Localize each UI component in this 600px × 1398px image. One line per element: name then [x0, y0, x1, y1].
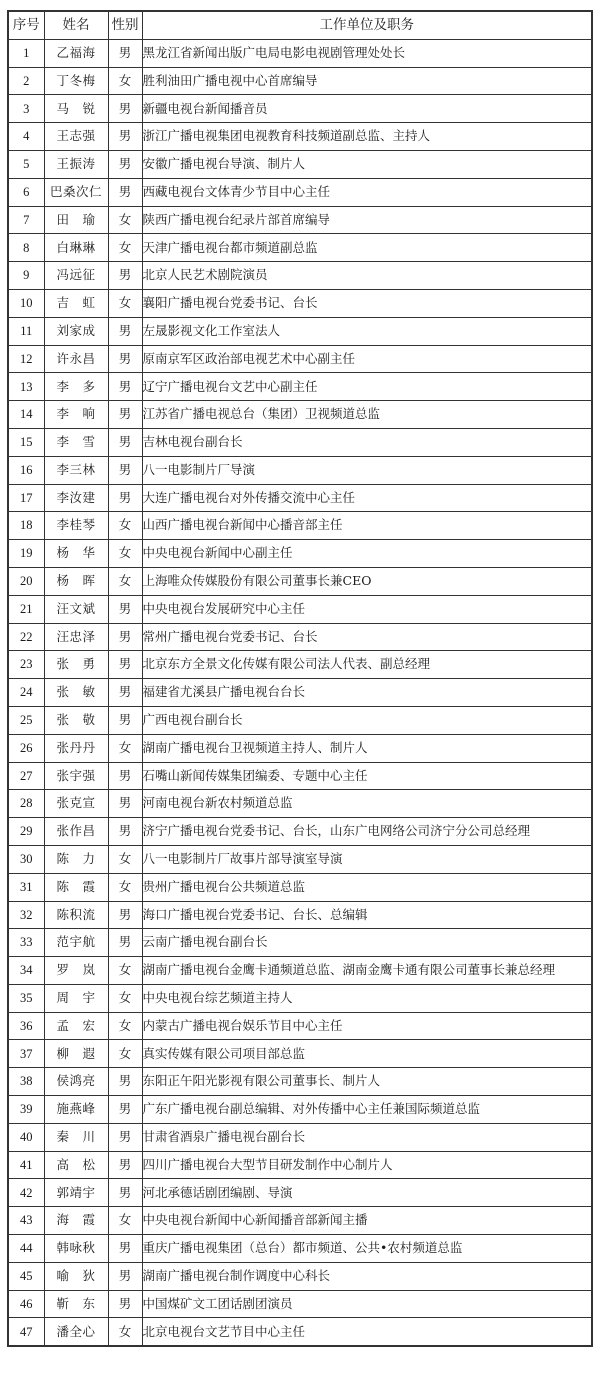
- table-row: 4王志强男浙江广播电视集团电视教育科技频道副总监、主持人: [8, 123, 592, 151]
- gender: 男: [108, 373, 142, 401]
- table-row: 25张 敬男广西电视台副台长: [8, 706, 592, 734]
- row-number: 38: [8, 1068, 44, 1096]
- person-name: 张丹丹: [44, 734, 108, 762]
- row-number: 36: [8, 1012, 44, 1040]
- organization-position: 西藏电视台文体青少节目中心主任: [142, 178, 592, 206]
- gender: 男: [108, 929, 142, 957]
- person-name: 巴桑次仁: [44, 178, 108, 206]
- row-number: 23: [8, 651, 44, 679]
- table-row: 28张克宣男河南电视台新农村频道总监: [8, 790, 592, 818]
- organization-position: 海口广播电视台党委书记、台长、总编辑: [142, 901, 592, 929]
- roster-table: 序号 姓名 性别 工作单位及职务 1乙福海男黑龙江省新闻出版广电局电影电视剧管理…: [7, 10, 593, 1347]
- table-row: 3马 锐男新疆电视台新闻播音员: [8, 95, 592, 123]
- gender: 男: [108, 1235, 142, 1263]
- gender: 女: [108, 540, 142, 568]
- row-number: 15: [8, 428, 44, 456]
- row-number: 19: [8, 540, 44, 568]
- organization-position: 石嘴山新闻传媒集团编委、专题中心主任: [142, 762, 592, 790]
- row-number: 43: [8, 1207, 44, 1235]
- gender: 男: [108, 790, 142, 818]
- table-row: 7田 瑜女陕西广播电视台纪录片部首席编导: [8, 206, 592, 234]
- table-row: 10吉 虹女襄阳广播电视台党委书记、台长: [8, 289, 592, 317]
- gender: 男: [108, 456, 142, 484]
- table-row: 14李 响男江苏省广播电视总台（集团）卫视频道总监: [8, 401, 592, 429]
- table-row: 44韩咏秋男重庆广播电视集团（总台）都市频道、公共•农村频道总监: [8, 1235, 592, 1263]
- gender: 女: [108, 206, 142, 234]
- row-number: 40: [8, 1123, 44, 1151]
- table-row: 6巴桑次仁男西藏电视台文体青少节目中心主任: [8, 178, 592, 206]
- row-number: 1: [8, 39, 44, 67]
- organization-position: 真实传媒有限公司项目部总监: [142, 1040, 592, 1068]
- gender: 男: [108, 1262, 142, 1290]
- row-number: 44: [8, 1235, 44, 1263]
- table-row: 11刘家成男左晟影视文化工作室法人: [8, 317, 592, 345]
- person-name: 高 松: [44, 1151, 108, 1179]
- gender: 男: [108, 123, 142, 151]
- row-number: 31: [8, 873, 44, 901]
- person-name: 汪忠泽: [44, 623, 108, 651]
- organization-position: 四川广播电视台大型节目研发制作中心制片人: [142, 1151, 592, 1179]
- person-name: 李 响: [44, 401, 108, 429]
- person-name: 吉 虹: [44, 289, 108, 317]
- organization-position: 陕西广播电视台纪录片部首席编导: [142, 206, 592, 234]
- gender: 女: [108, 1012, 142, 1040]
- row-number: 12: [8, 345, 44, 373]
- organization-position: 云南广播电视台副台长: [142, 929, 592, 957]
- gender: 女: [108, 845, 142, 873]
- organization-position: 八一电影制片厂故事片部导演室导演: [142, 845, 592, 873]
- organization-position: 济宁广播电视台党委书记、台长，山东广电网络公司济宁分公司总经理: [142, 818, 592, 846]
- table-row: 5王振涛男安徽广播电视台导演、制片人: [8, 150, 592, 178]
- organization-position: 胜利油田广播电视中心首席编导: [142, 67, 592, 95]
- gender: 女: [108, 957, 142, 985]
- table-row: 15李 雪男吉林电视台副台长: [8, 428, 592, 456]
- gender: 男: [108, 262, 142, 290]
- row-number: 5: [8, 150, 44, 178]
- gender: 男: [108, 1123, 142, 1151]
- row-number: 33: [8, 929, 44, 957]
- organization-position: 福建省尤溪县广播电视台台长: [142, 679, 592, 707]
- organization-position: 江苏省广播电视总台（集团）卫视频道总监: [142, 401, 592, 429]
- row-number: 18: [8, 512, 44, 540]
- table-row: 35周 宇女中央电视台综艺频道主持人: [8, 984, 592, 1012]
- table-row: 37柳 遐女真实传媒有限公司项目部总监: [8, 1040, 592, 1068]
- gender: 男: [108, 1068, 142, 1096]
- gender: 男: [108, 484, 142, 512]
- table-row: 27张宇强男石嘴山新闻传媒集团编委、专题中心主任: [8, 762, 592, 790]
- row-number: 47: [8, 1318, 44, 1346]
- person-name: 张克宣: [44, 790, 108, 818]
- gender: 男: [108, 595, 142, 623]
- gender: 男: [108, 623, 142, 651]
- organization-position: 中央电视台新闻中心副主任: [142, 540, 592, 568]
- person-name: 田 瑜: [44, 206, 108, 234]
- organization-position: 重庆广播电视集团（总台）都市频道、公共•农村频道总监: [142, 1235, 592, 1263]
- gender: 女: [108, 734, 142, 762]
- table-row: 31陈 霞女贵州广播电视台公共频道总监: [8, 873, 592, 901]
- gender: 女: [108, 1040, 142, 1068]
- table-body: 1乙福海男黑龙江省新闻出版广电局电影电视剧管理处处长2丁冬梅女胜利油田广播电视中…: [8, 39, 592, 1346]
- person-name: 张 敬: [44, 706, 108, 734]
- row-number: 16: [8, 456, 44, 484]
- organization-position: 天津广播电视台都市频道副总监: [142, 234, 592, 262]
- row-number: 22: [8, 623, 44, 651]
- table-row: 30陈 力女八一电影制片厂故事片部导演室导演: [8, 845, 592, 873]
- person-name: 孟 宏: [44, 1012, 108, 1040]
- person-name: 海 霞: [44, 1207, 108, 1235]
- header-org: 工作单位及职务: [142, 11, 592, 39]
- gender: 男: [108, 1096, 142, 1124]
- row-number: 32: [8, 901, 44, 929]
- organization-position: 左晟影视文化工作室法人: [142, 317, 592, 345]
- person-name: 杨 华: [44, 540, 108, 568]
- row-number: 28: [8, 790, 44, 818]
- header-no: 序号: [8, 11, 44, 39]
- person-name: 马 锐: [44, 95, 108, 123]
- organization-position: 浙江广播电视集团电视教育科技频道副总监、主持人: [142, 123, 592, 151]
- organization-position: 广西电视台副台长: [142, 706, 592, 734]
- gender: 男: [108, 762, 142, 790]
- person-name: 陈积流: [44, 901, 108, 929]
- table-row: 2丁冬梅女胜利油田广播电视中心首席编导: [8, 67, 592, 95]
- row-number: 2: [8, 67, 44, 95]
- person-name: 侯鸿亮: [44, 1068, 108, 1096]
- gender: 男: [108, 818, 142, 846]
- person-name: 范宇航: [44, 929, 108, 957]
- table-row: 33范宇航男云南广播电视台副台长: [8, 929, 592, 957]
- organization-position: 甘肃省酒泉广播电视台副台长: [142, 1123, 592, 1151]
- organization-position: 中国煤矿文工团话剧团演员: [142, 1290, 592, 1318]
- organization-position: 上海唯众传媒股份有限公司董事长兼CEO: [142, 567, 592, 595]
- organization-position: 中央电视台发展研究中心主任: [142, 595, 592, 623]
- row-number: 24: [8, 679, 44, 707]
- table-row: 16李三林男八一电影制片厂导演: [8, 456, 592, 484]
- table-row: 46靳 东男中国煤矿文工团话剧团演员: [8, 1290, 592, 1318]
- table-row: 12许永昌男原南京军区政治部电视艺术中心副主任: [8, 345, 592, 373]
- header-name: 姓名: [44, 11, 108, 39]
- table-row: 20杨 晖女上海唯众传媒股份有限公司董事长兼CEO: [8, 567, 592, 595]
- gender: 男: [108, 150, 142, 178]
- person-name: 潘全心: [44, 1318, 108, 1346]
- organization-position: 北京电视台文艺节目中心主任: [142, 1318, 592, 1346]
- person-name: 汪文斌: [44, 595, 108, 623]
- organization-position: 原南京军区政治部电视艺术中心副主任: [142, 345, 592, 373]
- gender: 男: [108, 679, 142, 707]
- organization-position: 湖南广播电视台卫视频道主持人、制片人: [142, 734, 592, 762]
- row-number: 21: [8, 595, 44, 623]
- organization-position: 内蒙古广播电视台娱乐节目中心主任: [142, 1012, 592, 1040]
- row-number: 13: [8, 373, 44, 401]
- row-number: 4: [8, 123, 44, 151]
- table-row: 24张 敏男福建省尤溪县广播电视台台长: [8, 679, 592, 707]
- table-row: 19杨 华女中央电视台新闻中心副主任: [8, 540, 592, 568]
- person-name: 张作昌: [44, 818, 108, 846]
- organization-position: 湖南广播电视台制作调度中心科长: [142, 1262, 592, 1290]
- table-row: 8白琳琳女天津广播电视台都市频道副总监: [8, 234, 592, 262]
- table-row: 21汪文斌男中央电视台发展研究中心主任: [8, 595, 592, 623]
- person-name: 周 宇: [44, 984, 108, 1012]
- person-name: 施燕峰: [44, 1096, 108, 1124]
- person-name: 陈 力: [44, 845, 108, 873]
- person-name: 刘家成: [44, 317, 108, 345]
- organization-position: 北京东方全景文化传媒有限公司法人代表、副总经理: [142, 651, 592, 679]
- table-row: 47潘全心女北京电视台文艺节目中心主任: [8, 1318, 592, 1346]
- row-number: 39: [8, 1096, 44, 1124]
- gender: 男: [108, 428, 142, 456]
- row-number: 10: [8, 289, 44, 317]
- gender: 女: [108, 234, 142, 262]
- gender: 男: [108, 1290, 142, 1318]
- person-name: 喻 狄: [44, 1262, 108, 1290]
- table-row: 40秦 川男甘肃省酒泉广播电视台副台长: [8, 1123, 592, 1151]
- gender: 女: [108, 67, 142, 95]
- gender: 男: [108, 706, 142, 734]
- person-name: 王振涛: [44, 150, 108, 178]
- row-number: 11: [8, 317, 44, 345]
- person-name: 张宇强: [44, 762, 108, 790]
- person-name: 郭靖宇: [44, 1179, 108, 1207]
- person-name: 白琳琳: [44, 234, 108, 262]
- organization-position: 湖南广播电视台金鹰卡通频道总监、湖南金鹰卡通有限公司董事长兼总经理: [142, 957, 592, 985]
- organization-position: 贵州广播电视台公共频道总监: [142, 873, 592, 901]
- person-name: 韩咏秋: [44, 1235, 108, 1263]
- gender: 女: [108, 512, 142, 540]
- person-name: 杨 晖: [44, 567, 108, 595]
- gender: 女: [108, 567, 142, 595]
- person-name: 靳 东: [44, 1290, 108, 1318]
- person-name: 罗 岚: [44, 957, 108, 985]
- gender: 男: [108, 651, 142, 679]
- organization-position: 北京人民艺术剧院演员: [142, 262, 592, 290]
- organization-position: 安徽广播电视台导演、制片人: [142, 150, 592, 178]
- person-name: 张 敏: [44, 679, 108, 707]
- person-name: 秦 川: [44, 1123, 108, 1151]
- person-name: 冯远征: [44, 262, 108, 290]
- row-number: 46: [8, 1290, 44, 1318]
- row-number: 45: [8, 1262, 44, 1290]
- row-number: 29: [8, 818, 44, 846]
- organization-position: 河南电视台新农村频道总监: [142, 790, 592, 818]
- organization-position: 广东广播电视台副总编辑、对外传播中心主任兼国际频道总监: [142, 1096, 592, 1124]
- organization-position: 大连广播电视台对外传播交流中心主任: [142, 484, 592, 512]
- gender: 男: [108, 95, 142, 123]
- header-row: 序号 姓名 性别 工作单位及职务: [8, 11, 592, 39]
- row-number: 17: [8, 484, 44, 512]
- table-row: 38侯鸿亮男东阳正午阳光影视有限公司董事长、制片人: [8, 1068, 592, 1096]
- organization-position: 中央电视台综艺频道主持人: [142, 984, 592, 1012]
- row-number: 37: [8, 1040, 44, 1068]
- table-row: 13李 多男辽宁广播电视台文艺中心副主任: [8, 373, 592, 401]
- row-number: 42: [8, 1179, 44, 1207]
- organization-position: 襄阳广播电视台党委书记、台长: [142, 289, 592, 317]
- organization-position: 东阳正午阳光影视有限公司董事长、制片人: [142, 1068, 592, 1096]
- row-number: 35: [8, 984, 44, 1012]
- table-row: 18李桂琴女山西广播电视台新闻中心播音部主任: [8, 512, 592, 540]
- person-name: 王志强: [44, 123, 108, 151]
- table-row: 42郭靖宇男河北承德话剧团编剧、导演: [8, 1179, 592, 1207]
- person-name: 丁冬梅: [44, 67, 108, 95]
- table-row: 23张 勇男北京东方全景文化传媒有限公司法人代表、副总经理: [8, 651, 592, 679]
- person-name: 许永昌: [44, 345, 108, 373]
- row-number: 41: [8, 1151, 44, 1179]
- row-number: 27: [8, 762, 44, 790]
- person-name: 李 多: [44, 373, 108, 401]
- table-row: 29张作昌男济宁广播电视台党委书记、台长，山东广电网络公司济宁分公司总经理: [8, 818, 592, 846]
- row-number: 6: [8, 178, 44, 206]
- row-number: 30: [8, 845, 44, 873]
- table-row: 22汪忠泽男常州广播电视台党委书记、台长: [8, 623, 592, 651]
- gender: 女: [108, 984, 142, 1012]
- person-name: 张 勇: [44, 651, 108, 679]
- row-number: 14: [8, 401, 44, 429]
- organization-position: 新疆电视台新闻播音员: [142, 95, 592, 123]
- gender: 男: [108, 345, 142, 373]
- table-row: 9冯远征男北京人民艺术剧院演员: [8, 262, 592, 290]
- gender: 男: [108, 1151, 142, 1179]
- organization-position: 八一电影制片厂导演: [142, 456, 592, 484]
- row-number: 9: [8, 262, 44, 290]
- table-row: 41高 松男四川广播电视台大型节目研发制作中心制片人: [8, 1151, 592, 1179]
- person-name: 李桂琴: [44, 512, 108, 540]
- gender: 男: [108, 178, 142, 206]
- organization-position: 辽宁广播电视台文艺中心副主任: [142, 373, 592, 401]
- person-name: 陈 霞: [44, 873, 108, 901]
- row-number: 8: [8, 234, 44, 262]
- gender: 男: [108, 317, 142, 345]
- header-gender: 性别: [108, 11, 142, 39]
- gender: 女: [108, 289, 142, 317]
- person-name: 李三林: [44, 456, 108, 484]
- organization-position: 黑龙江省新闻出版广电局电影电视剧管理处处长: [142, 39, 592, 67]
- gender: 男: [108, 901, 142, 929]
- row-number: 20: [8, 567, 44, 595]
- table-row: 1乙福海男黑龙江省新闻出版广电局电影电视剧管理处处长: [8, 39, 592, 67]
- table-row: 45喻 狄男湖南广播电视台制作调度中心科长: [8, 1262, 592, 1290]
- row-number: 26: [8, 734, 44, 762]
- gender: 男: [108, 401, 142, 429]
- organization-position: 常州广播电视台党委书记、台长: [142, 623, 592, 651]
- table-row: 39施燕峰男广东广播电视台副总编辑、对外传播中心主任兼国际频道总监: [8, 1096, 592, 1124]
- person-name: 乙福海: [44, 39, 108, 67]
- table-row: 26张丹丹女湖南广播电视台卫视频道主持人、制片人: [8, 734, 592, 762]
- row-number: 34: [8, 957, 44, 985]
- organization-position: 吉林电视台副台长: [142, 428, 592, 456]
- organization-position: 中央电视台新闻中心新闻播音部新闻主播: [142, 1207, 592, 1235]
- gender: 女: [108, 1318, 142, 1346]
- table-row: 36孟 宏女内蒙古广播电视台娱乐节目中心主任: [8, 1012, 592, 1040]
- row-number: 3: [8, 95, 44, 123]
- table-row: 32陈积流男海口广播电视台党委书记、台长、总编辑: [8, 901, 592, 929]
- row-number: 7: [8, 206, 44, 234]
- person-name: 柳 遐: [44, 1040, 108, 1068]
- organization-position: 山西广播电视台新闻中心播音部主任: [142, 512, 592, 540]
- table-row: 34罗 岚女湖南广播电视台金鹰卡通频道总监、湖南金鹰卡通有限公司董事长兼总经理: [8, 957, 592, 985]
- table-row: 17李汝建男大连广播电视台对外传播交流中心主任: [8, 484, 592, 512]
- gender: 男: [108, 1179, 142, 1207]
- table-row: 43海 霞女中央电视台新闻中心新闻播音部新闻主播: [8, 1207, 592, 1235]
- person-name: 李汝建: [44, 484, 108, 512]
- row-number: 25: [8, 706, 44, 734]
- gender: 女: [108, 873, 142, 901]
- person-name: 李 雪: [44, 428, 108, 456]
- organization-position: 河北承德话剧团编剧、导演: [142, 1179, 592, 1207]
- gender: 男: [108, 39, 142, 67]
- gender: 女: [108, 1207, 142, 1235]
